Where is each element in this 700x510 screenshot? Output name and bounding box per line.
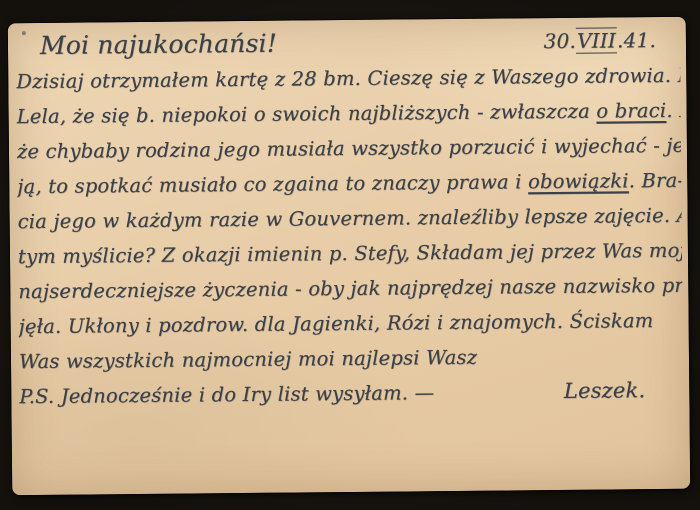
signature: Leszek. — [564, 373, 684, 409]
date-month-roman: VIII — [576, 27, 617, 53]
date-year: .41. — [617, 28, 656, 52]
card-header: Moi najukochańsi! 30.VIII.41. — [8, 17, 686, 62]
body-line-4-text: ją, to spotkać musiało co zgaina to znac… — [17, 170, 528, 198]
salutation: Moi najukochańsi! — [40, 29, 277, 61]
postscript: P.S. Jednocześnie i do Iry list wysyłam.… — [19, 375, 434, 414]
postcard: Moi najukochańsi! 30.VIII.41. Dzisiaj ot… — [8, 17, 690, 495]
date-day: 30. — [543, 29, 576, 53]
date: 30.VIII.41. — [543, 27, 656, 54]
scan-background: Moi najukochańsi! 30.VIII.41. Dzisiaj ot… — [0, 0, 700, 510]
body-line-2-text-end: . Powiada — [666, 98, 681, 122]
body-line-2-text: Lela, że się b. niepokoi o swoich najbli… — [17, 100, 597, 129]
body-line-2-underlined: o braci — [596, 99, 666, 123]
body-line-10: P.S. Jednocześnie i do Iry list wysyłam.… — [19, 373, 683, 414]
body-line-4-underlined: obowiązki — [528, 169, 629, 193]
body-line-8: jęła. Ukłony i pozdrow. dla Jagienki, Ró… — [18, 303, 682, 344]
body-line-4-text-end: . Bra- — [629, 169, 682, 193]
paper-speck — [22, 31, 26, 35]
letter-body: Dzisiaj otrzymałem kartę z 28 bm. Cieszę… — [8, 55, 689, 414]
